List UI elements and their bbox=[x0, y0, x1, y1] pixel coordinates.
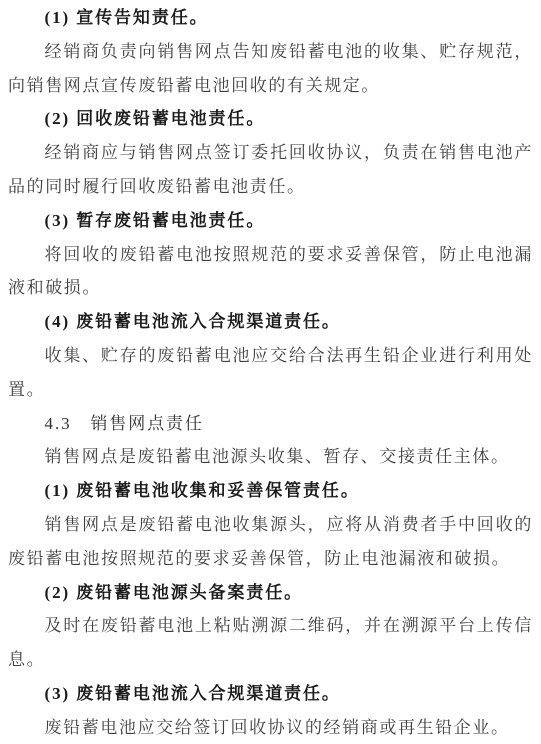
clause-heading: (3) 废铅蓄电池流入合规渠道责任。 bbox=[8, 677, 533, 711]
body-paragraph: 废铅蓄电池应交给签订回收协议的经销商或再生铅企业。 bbox=[8, 711, 533, 744]
body-paragraph: 及时在废铅蓄电池上粘贴溯源二维码，并在溯源平台上传信息。 bbox=[8, 609, 533, 677]
body-paragraph: 销售网点是废铅蓄电池收集源头，应将从消费者手中回收的废铅蓄电池按照规范的要求妥善… bbox=[8, 508, 533, 576]
body-paragraph: 将回收的废铅蓄电池按照规范的要求妥善保管，防止电池漏液和破损。 bbox=[8, 238, 533, 306]
body-paragraph: 销售网点是废铅蓄电池源头收集、暂存、交接责任主体。 bbox=[8, 440, 533, 474]
clause-heading: (4) 废铅蓄电池流入合规渠道责任。 bbox=[8, 305, 533, 339]
body-paragraph: 经销商应与销售网点签订委托回收协议，负责在销售电池产品的同时履行回收废铅蓄电池责… bbox=[8, 136, 533, 204]
clause-heading: (1) 废铅蓄电池收集和妥善保管责任。 bbox=[8, 474, 533, 508]
body-paragraph: 收集、贮存的废铅蓄电池应交给合法再生铅企业进行利用处置。 bbox=[8, 339, 533, 407]
document-page: (1) 宣传告知责任。经销商负责向销售网点告知废铅蓄电池的收集、贮存规范，向销售… bbox=[0, 0, 541, 744]
clause-heading: (2) 回收废铅蓄电池责任。 bbox=[8, 102, 533, 136]
clause-heading: (2) 废铅蓄电池源头备案责任。 bbox=[8, 576, 533, 610]
clause-heading: (3) 暂存废铅蓄电池责任。 bbox=[8, 204, 533, 238]
section-heading: 4.3 销售网点责任 bbox=[8, 407, 533, 441]
body-paragraph: 经销商负责向销售网点告知废铅蓄电池的收集、贮存规范，向销售网点宣传废铅蓄电池回收… bbox=[8, 35, 533, 103]
clause-heading: (1) 宣传告知责任。 bbox=[8, 1, 533, 35]
